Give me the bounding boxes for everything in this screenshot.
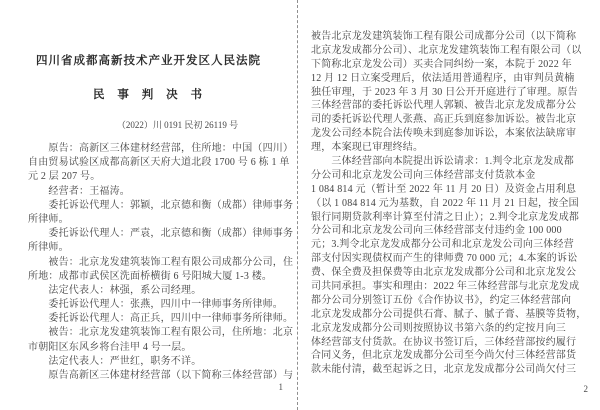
text-line: 北京龙发成都分公司）、北京龙发建筑装饰工程有限公司（以 — [311, 44, 589, 58]
text-line: 部支付因实现债权而产生的律师费 70 000 元；4.本案的诉讼 — [311, 252, 589, 266]
text-line: 款未能付清，截至起诉之日，北京龙发成都分公司尚欠付三 — [311, 363, 589, 377]
text-line: 北京龙发成都分公司则按照协议书第六条的约定按月向三 — [311, 322, 589, 336]
text-line: 经营者：王福涛。 — [28, 185, 286, 199]
text-line: 费、保全费及担保费等由北京龙发成都分公司和北京龙发公 — [311, 266, 589, 280]
text-line: 独任审理，于 2023 年 3 月 30 日公开开庭进行了审理。原告 — [311, 86, 589, 100]
text-line: 自由贸易试验区成都高新区天府大道北段 1700 号 6 栋 1 单 — [28, 156, 286, 170]
page-1-body: 原告：高新区三体建材经营部，住所地：中国（四川）自由贸易试验区成都高新区天府大道… — [28, 142, 286, 383]
text-line: 合同义务，但北京龙发成都分公司至今尚欠付三体经营部货 — [311, 349, 589, 363]
page-1: 四川省成都高新技术产业开发区人民法院 民 事 判 决 书 （2022）川 019… — [0, 0, 297, 410]
page-1-number: 1 — [279, 382, 284, 392]
text-line: 所律师。 — [28, 241, 286, 255]
text-line: 委托诉讼代理人：郭颖，北京德和衡（成都）律师事务 — [28, 199, 286, 213]
text-line: 元 2 层 207 号。 — [28, 170, 286, 184]
text-line: 三体经营部向本院提出诉讼请求：1.判令北京龙发成都 — [311, 155, 589, 169]
text-line: 委托诉讼代理人：张燕，四川中一律师事务所律师。 — [28, 298, 286, 312]
text-line: （以 1 084 814 元为基数，自 2022 年 11 月 21 日起，按全… — [311, 197, 589, 211]
page-2-body: 被告北京龙发建筑装饰工程有限公司成都分公司（以下简称北京龙发成都分公司）、北京龙… — [311, 30, 589, 377]
text-line: 原告：高新区三体建材经营部，住所地：中国（四川） — [28, 142, 286, 156]
text-line: 法定代表人：林强，系公司经理。 — [28, 284, 286, 298]
page-2-number: 2 — [584, 384, 589, 394]
text-line: 被告：北京龙发建筑装饰工程有限公司，住所地：北京 — [28, 326, 286, 340]
text-line: 元；3.判令北京龙发成都分公司和北京龙发公司向三体经营 — [311, 238, 589, 252]
text-line: 所律师。 — [28, 213, 286, 227]
text-line: 体经营部支付货款。在协议书签订后，三体经营部按约履行 — [311, 336, 589, 350]
text-line: 所地：成都市武侯区洗面桥横街 6 号阳城大厦 1-3 楼。 — [28, 270, 286, 284]
text-line: 被告北京龙发建筑装饰工程有限公司成都分公司（以下简称 — [311, 30, 589, 44]
text-line: 司共同承担。事实和理由：2022 年三体经营部与北京龙发成 — [311, 280, 589, 294]
text-line: 委托诉讼代理人：高正兵，四川中一律师事务所律师。 — [28, 312, 286, 326]
text-line: 三体经营部的委托诉讼代理人郭颖、被告北京龙发成都分公 — [311, 99, 589, 113]
text-line: 原告高新区三体建材经营部（以下简称三体经营部）与 — [28, 369, 286, 383]
page-fold-divider — [297, 0, 298, 410]
text-line: 银行同期贷款利率计算至付清之日止）；2.判令北京龙发成都 — [311, 211, 589, 225]
page-2: 被告北京龙发建筑装饰工程有限公司成都分公司（以下简称北京龙发成都分公司）、北京龙… — [301, 0, 600, 410]
text-line: 都分公司分别签订五份《合作协议书》，约定三体经营部向 — [311, 294, 589, 308]
document-title: 民 事 判 决 书 — [0, 86, 297, 102]
text-line: 被告：北京龙发建筑装饰工程有限公司成都分公司，住 — [28, 256, 286, 270]
document-viewer: 四川省成都高新技术产业开发区人民法院 民 事 判 决 书 （2022）川 019… — [0, 0, 600, 410]
text-line: 市朝阳区东风乡将台洼甲 4 号一层。 — [28, 341, 286, 355]
text-line: 北京龙发成都分公司提供石膏、腻子、腻子膏、基膜等货物， — [311, 308, 589, 322]
text-line: 委托诉讼代理人：严袁，北京德和衡（成都）律师事务 — [28, 227, 286, 241]
text-line: 下简称北京龙发公司）买卖合同纠纷一案，本院于 2022 年 — [311, 58, 589, 72]
case-number: （2022）川 0191 民初 26119 号 — [0, 118, 297, 131]
text-line: 1 084 814 元（暂计至 2022 年 11 月 20 日）及资金占用利息 — [311, 183, 589, 197]
text-line: 司的委托诉讼代理人张燕、高正兵到庭参加诉讼。被告北京 — [311, 113, 589, 127]
text-line: 12 月 12 日立案受理后，依法适用普通程序，由审判员黄楠 — [311, 72, 589, 86]
text-line: 理，本案现已审理终结。 — [311, 141, 589, 155]
text-line: 分公司和北京龙发公司向三体经营部支付违约金 100 000 — [311, 224, 589, 238]
text-line: 法定代表人：严世红，职务不详。 — [28, 355, 286, 369]
court-name: 四川省成都高新技术产业开发区人民法院 — [0, 52, 297, 68]
text-line: 龙发公司经本院合法传唤未到庭参加诉讼，本案依法缺席审 — [311, 127, 589, 141]
text-line: 分公司和北京龙发公司向三体经营部支付货款本金 — [311, 169, 589, 183]
